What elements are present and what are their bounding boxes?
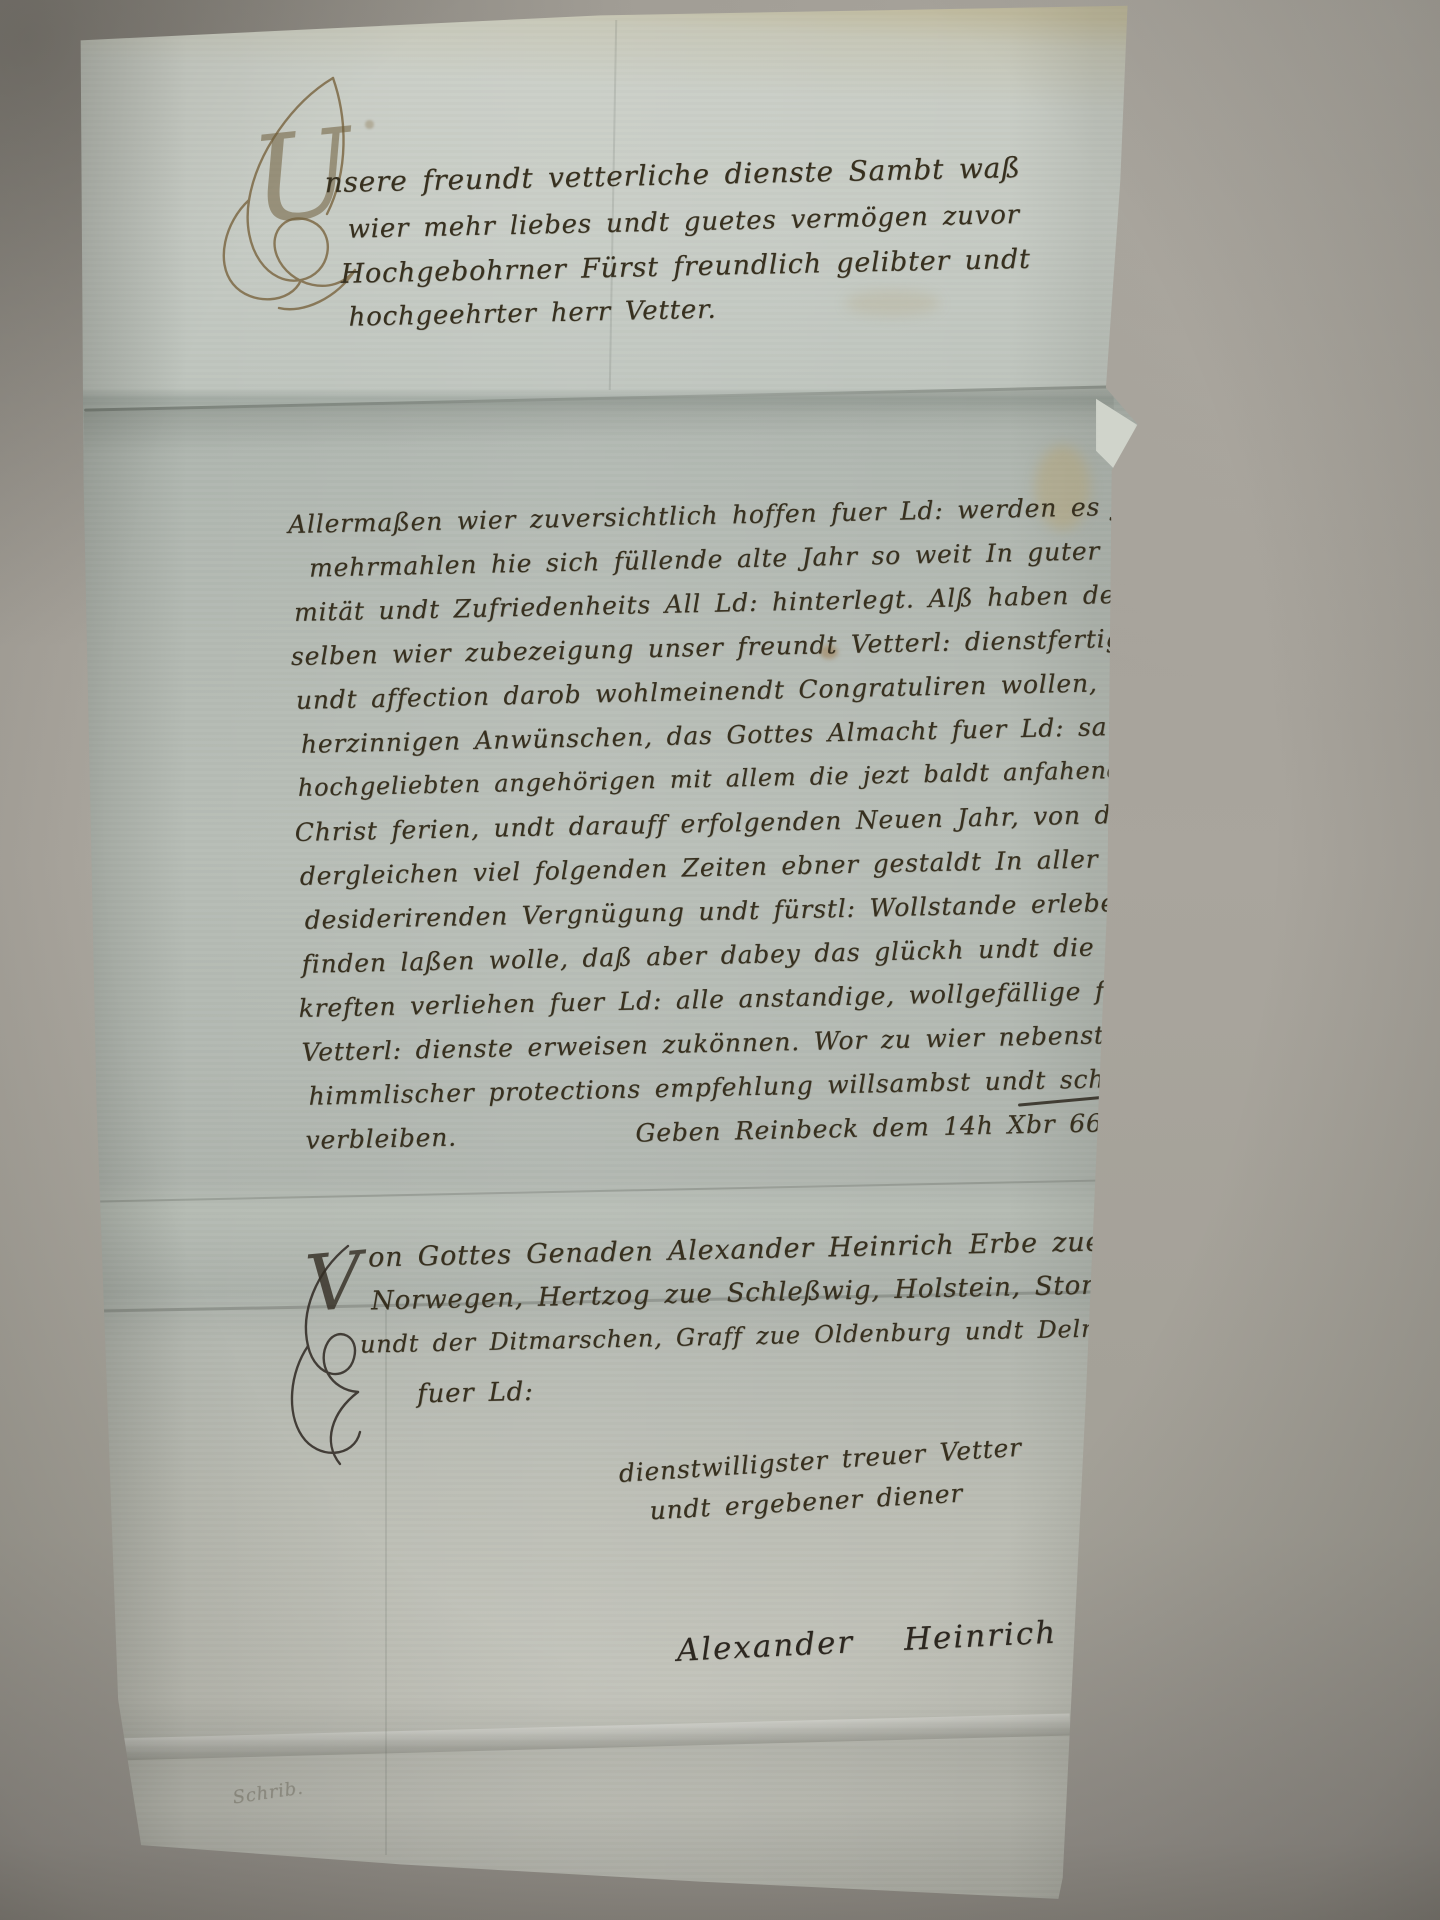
closing-line: undt ergebener diener bbox=[649, 1481, 964, 1524]
body-line: dergleichen viel folgenden Zeiten ebner … bbox=[300, 844, 1192, 888]
body-line: Christ ferien, undt darauff erfolgenden … bbox=[295, 801, 1162, 845]
body-line: finden laßen wolle, daß aber dabey das g… bbox=[301, 935, 1094, 977]
handwritten-text-layer: nsere freundt vetterliche dienste Sambt … bbox=[0, 0, 1440, 1920]
body-line: Vetterl: dienste erweisen zukönnen. Wor … bbox=[301, 1022, 1105, 1065]
signature: Alexander Heinrich bbox=[676, 1618, 1058, 1667]
salutation-line: Hochgebohrner Fürst freundlich gelibter … bbox=[340, 246, 1031, 288]
letter-paper: U V nsere freundt vetterliche dienste Sa… bbox=[0, 0, 1440, 1920]
titulature-line: fuer Ld: bbox=[417, 1379, 534, 1408]
body-line: kreften verliehen fuer Ld: alle anstandi… bbox=[298, 976, 1201, 1021]
body-line: desiderirenden Vergnügung undt fürstl: W… bbox=[304, 888, 1208, 933]
photo-background: U V nsere freundt vetterliche dienste Sa… bbox=[0, 0, 1440, 1920]
titulature-line: undt der Ditmarschen, Graff zue Oldenbur… bbox=[360, 1314, 1204, 1356]
salutation-line: wier mehr liebes undt guetes vermögen zu… bbox=[347, 202, 1020, 243]
titulature-line: on Gottes Genaden Alexander Heinrich Erb… bbox=[368, 1228, 1103, 1271]
body-line: mehrmahlen hie sich füllende alte Jahr s… bbox=[309, 536, 1198, 580]
body-line: undt affection darob wohlmeinendt Congra… bbox=[296, 669, 1156, 713]
body-line: selben wier zubezeigung unser freundt Ve… bbox=[291, 625, 1174, 669]
body-line: herzinnigen Anwünschen, das Gottes Almac… bbox=[301, 711, 1235, 756]
salutation-line: hochgeehrter herr Vetter. bbox=[348, 297, 716, 331]
body-line: himmlischer protections empfehlung wills… bbox=[308, 1065, 1181, 1109]
body-line: Allermaßen wier zuversichtlich hoffen fu… bbox=[288, 493, 1163, 537]
paraph-mppa-flourish bbox=[1075, 1618, 1195, 1808]
titulature-line: Norwegen, Hertzog zue Schleßwig, Holstei… bbox=[371, 1271, 1167, 1314]
date-overline bbox=[1018, 1095, 1114, 1106]
pencil-note: Schrib. bbox=[232, 1779, 305, 1807]
salutation-line: nsere freundt vetterliche dienste Sambt … bbox=[324, 154, 1021, 197]
body-line: mität undt Zufriedenheits All Ld: hinter… bbox=[294, 581, 1144, 625]
body-line: hochgeliebten angehörigen mit allem die … bbox=[298, 756, 1231, 800]
body-line-dateline: verbleiben. Geben Reinbeck dem 14h Xbr 6… bbox=[305, 1110, 1128, 1153]
